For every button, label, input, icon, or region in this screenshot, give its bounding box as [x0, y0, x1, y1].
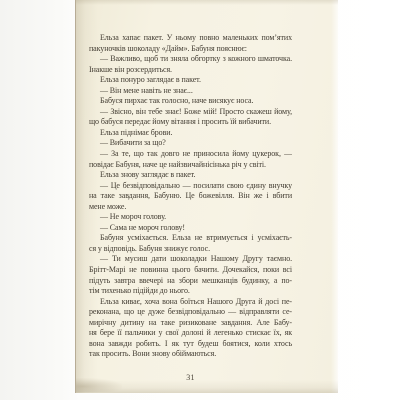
text-line: — Звісно, він тебе знає! Боже мій! Прост… — [89, 107, 292, 118]
text-line: так просить. Вони знову обіймаються. — [89, 349, 292, 360]
text-line: мене може. — [89, 202, 292, 213]
text-line: повідає Бабуня, наче це найзвичайнісіньк… — [89, 160, 292, 171]
text-line: Бабуня усміхається. Ельза не втримується… — [89, 233, 292, 244]
text-line: пакуночків шоколаду «Дайм». Бабуня поясн… — [89, 44, 292, 55]
text-line: Брітт-Марі не повинна цього бачити. Доче… — [89, 265, 292, 276]
text-line: Бабуся пирхає так голосно, наче висякує … — [89, 96, 292, 107]
text-line: — Ти мусиш дати шоколадки Нашому Другу т… — [89, 254, 292, 265]
text-line: — Важливо, щоб ти зняла обгортку з кожно… — [89, 54, 292, 65]
text-line: що бабуся передає йому вітання і просить… — [89, 117, 292, 128]
text-line: — Він мене навіть не знає... — [89, 86, 292, 97]
text-line: — Це безвідповідально — посилати свою єд… — [89, 181, 292, 192]
text-line: — Не мороч голову. — [89, 212, 292, 223]
photo-background: Ельза хапає пакет. У ньому повно маленьк… — [0, 0, 400, 400]
text-line: ня бере її пальчики у свої долоні й леге… — [89, 328, 292, 339]
text-line: Інакше він розсердиться. — [89, 65, 292, 76]
book-page: Ельза хапає пакет. У ньому повно маленьк… — [75, 0, 338, 393]
text-line: — За те, що так довго не приносила йому … — [89, 149, 292, 160]
text-line: ся у відповідь. Бабуня знижує голос. — [89, 244, 292, 255]
text-line: на таке завдання, Бабуню. Це божевілля. … — [89, 191, 292, 202]
text-line: Ельза знову заглядає в пакет. — [89, 170, 292, 181]
page-number: 31 — [89, 373, 292, 382]
text-line: мирічну дитину на таке ризиковане завдан… — [89, 318, 292, 329]
text-line: Ельза понуро заглядає в пакет. — [89, 75, 292, 86]
text-line: — Сама не мороч голову! — [89, 223, 292, 234]
text-line: підуть завтра ввечері на збори мешканців… — [89, 276, 292, 287]
text-line: — Вибачити за що? — [89, 138, 292, 149]
text-line: Ельза піднімає брови. — [89, 128, 292, 139]
text-line: тім тихенько підійди до нього. — [89, 286, 292, 297]
text-block: Ельза хапає пакет. У ньому повно маленьк… — [89, 33, 292, 360]
text-line: Ельза хапає пакет. У ньому повно маленьк… — [89, 33, 292, 44]
text-line: вона завжди робить. І як тут будеш бояти… — [89, 339, 292, 350]
text-line: реконана, що це дуже безвідповідально — … — [89, 307, 292, 318]
text-line: Ельза киває, хоча вона боїться Нашого Др… — [89, 297, 292, 308]
